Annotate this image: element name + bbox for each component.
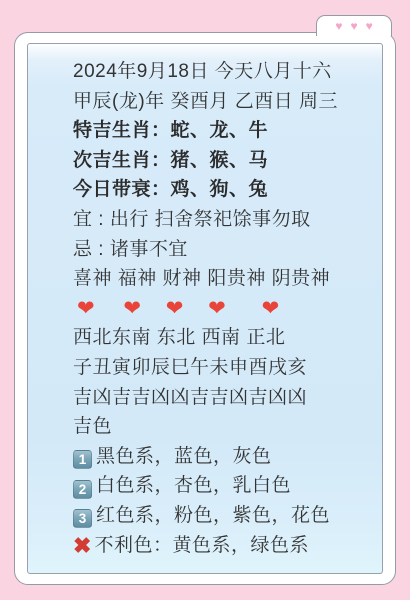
lucky-colors-heading: 吉色 [73,412,377,442]
pink-heart-icon: ♥ [350,20,357,32]
rank-1-badge-icon: 1 [73,450,92,469]
second-lucky-zodiac-line: 次吉生肖：猪、猴、马 [73,146,377,176]
almanac-content: 2024年9月18日 今天八月十六 甲辰(龙)年 癸酉月 乙酉日 周三 特吉生肖… [73,57,377,560]
gods-directions-line: 西北东南 东北 西南 正北 [73,323,377,353]
lucky-color-rank-3-text: 红色系，粉色，紫色，花色 [96,505,330,526]
red-heart-icon: ❤ [166,294,184,324]
hour-luck-line: 吉凶吉吉凶凶吉吉凶吉凶凶 [73,383,377,413]
card-top-tab: ♥ ♥ ♥ [316,15,392,36]
red-heart-icon: ❤ [262,294,280,324]
avoid-line: 忌 : 诸事不宜 [73,235,377,265]
unlucky-colors-text: 不利色：黄色系，绿色系 [94,535,309,556]
red-heart-icon: ❤ [123,294,141,324]
lucky-color-rank-2-text: 白色系，杏色，乳白色 [96,475,291,496]
almanac-card: 2024年9月18日 今天八月十六 甲辰(龙)年 癸酉月 乙酉日 周三 特吉生肖… [14,32,396,585]
gods-names-line: 喜神 福神 财神 阳贵神 阴贵神 [73,264,377,294]
lucky-color-rank-3: 3红色系，粉色，紫色，花色 [73,501,377,531]
almanac-panel: 2024年9月18日 今天八月十六 甲辰(龙)年 癸酉月 乙酉日 周三 特吉生肖… [27,43,383,574]
gods-hearts-row: ❤ ❤ ❤ ❤ ❤ [73,294,377,324]
unlucky-colors-line: ✖不利色：黄色系，绿色系 [73,531,377,561]
red-heart-icon: ❤ [77,294,95,324]
lucky-color-rank-1-text: 黑色系，蓝色，灰色 [96,446,272,467]
earthly-branches-line: 子丑寅卯辰巳午未申酉戌亥 [73,353,377,383]
lucky-color-rank-1: 1黑色系，蓝色，灰色 [73,442,377,472]
ganzhi-line: 甲辰(龙)年 癸酉月 乙酉日 周三 [73,87,377,117]
lucky-color-rank-2: 2白色系，杏色，乳白色 [73,471,377,501]
red-heart-icon: ❤ [208,294,226,324]
unlucky-zodiac-line: 今日带衰：鸡、狗、兔 [73,175,377,205]
lucky-zodiac-line: 特吉生肖：蛇、龙、牛 [73,116,377,146]
red-cross-icon: ✖ [73,533,91,558]
pink-heart-icon: ♥ [366,20,373,32]
date-line: 2024年9月18日 今天八月十六 [73,57,377,87]
suitable-line: 宜 : 出行 扫舍祭祀馀事勿取 [73,205,377,235]
rank-2-badge-icon: 2 [73,480,92,499]
pink-heart-icon: ♥ [335,20,342,32]
page-background: { "tab": { "hearts": ["♥", "♥", "♥"] }, … [0,0,410,600]
rank-3-badge-icon: 3 [73,509,92,528]
